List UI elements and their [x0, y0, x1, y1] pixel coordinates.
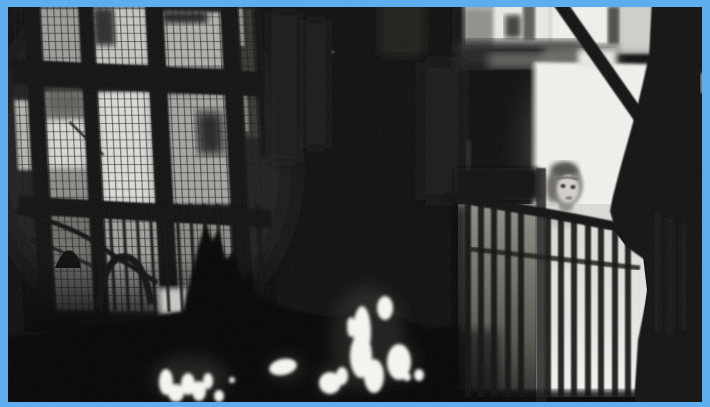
ghost-photograph: [0, 0, 710, 407]
film-grain-overlay: [8, 7, 702, 402]
frame-bottom: [0, 402, 710, 407]
frame-left: [0, 0, 8, 407]
frame-top: [0, 0, 710, 7]
frame-right: [702, 0, 710, 407]
